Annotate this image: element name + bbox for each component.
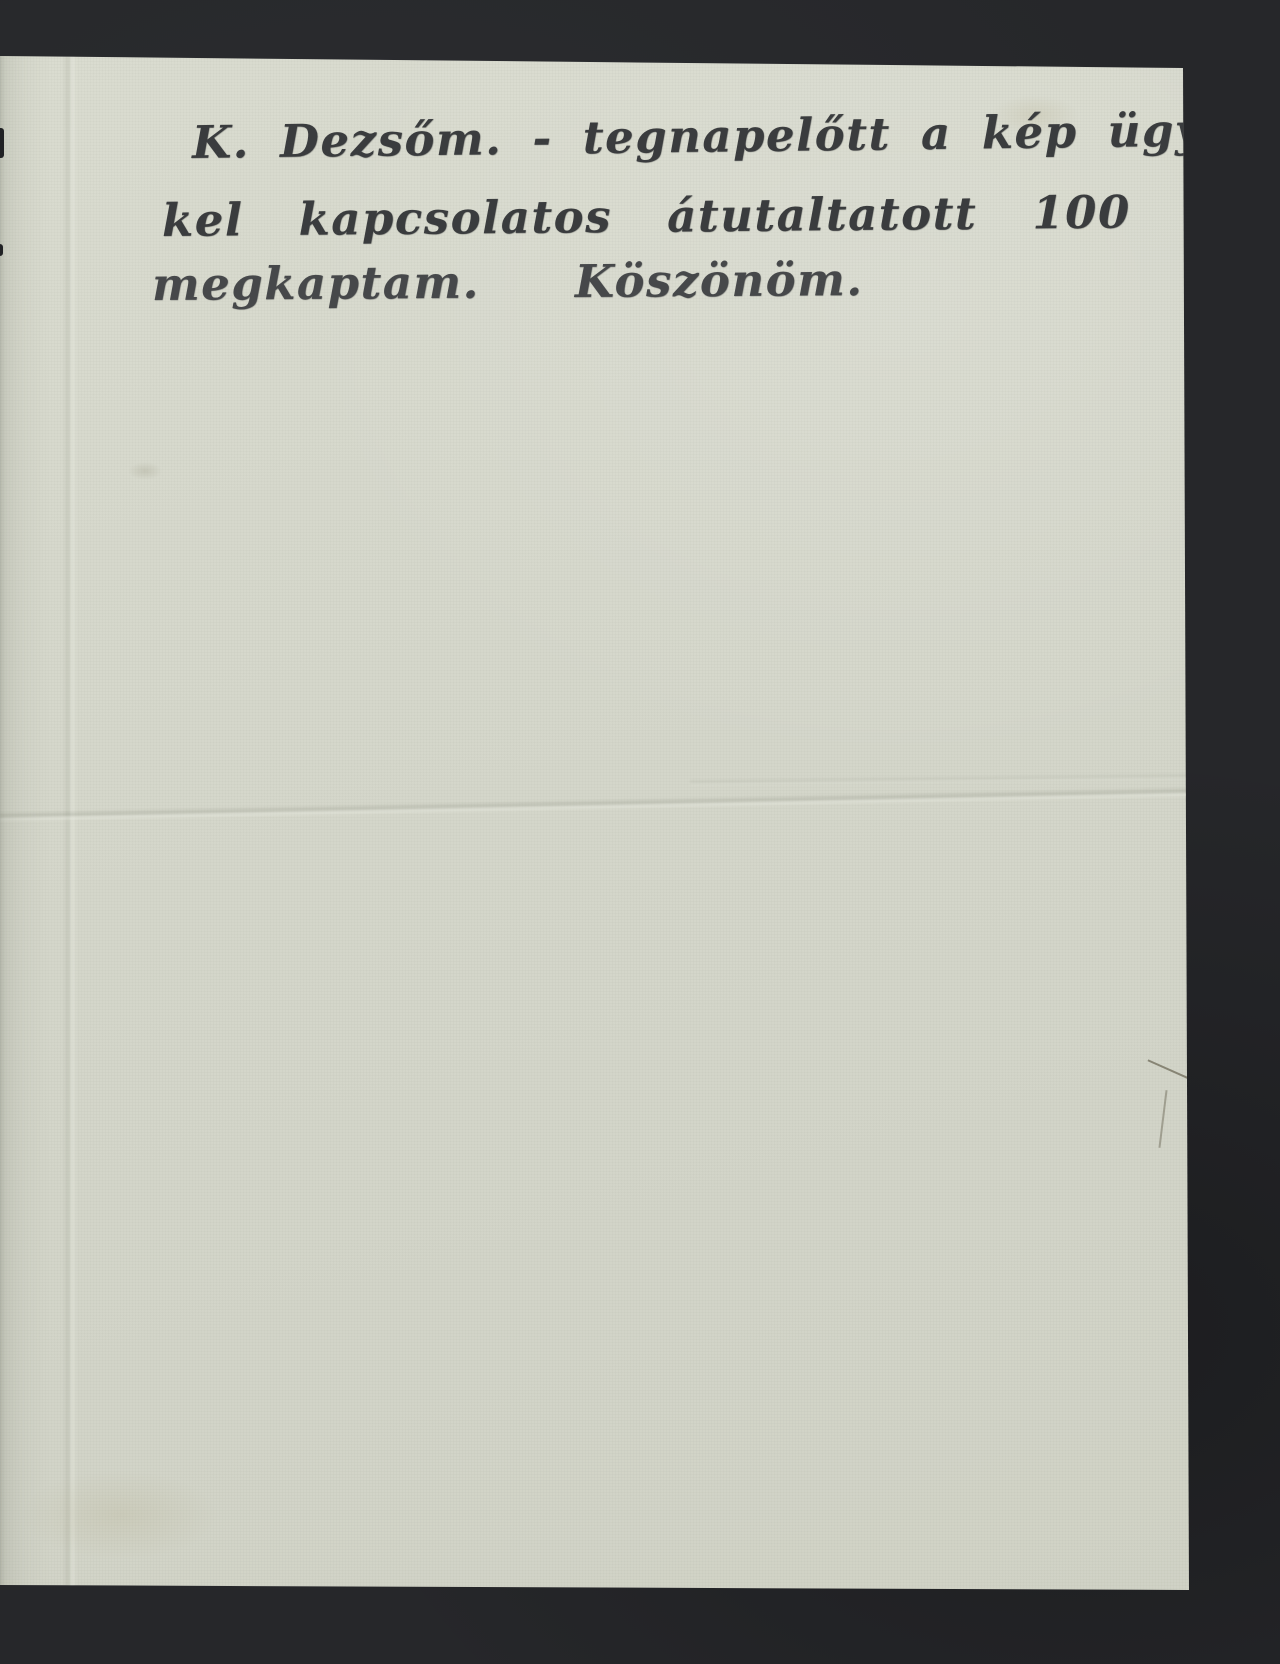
handwriting-line-3: megkaptam. Köszönöm. [152, 253, 864, 311]
letter-page: K. Dezsőm. - tegnapelőtt a kép ügyünk- k… [0, 0, 1280, 1664]
scan-mat: K. Dezsőm. - tegnapelőtt a kép ügyünk- k… [0, 0, 1280, 1664]
edge-tear-mark [1142, 1066, 1192, 1156]
left-edge-speck [0, 128, 4, 158]
vertical-fold-crease [63, 56, 77, 1588]
handwriting-line-2: kel kapcsolatos átutaltatott 100 p-is [162, 184, 1280, 247]
paper-texture [0, 0, 1280, 1664]
left-edge-speck [0, 244, 3, 256]
tear-crease-line [1158, 1090, 1167, 1148]
